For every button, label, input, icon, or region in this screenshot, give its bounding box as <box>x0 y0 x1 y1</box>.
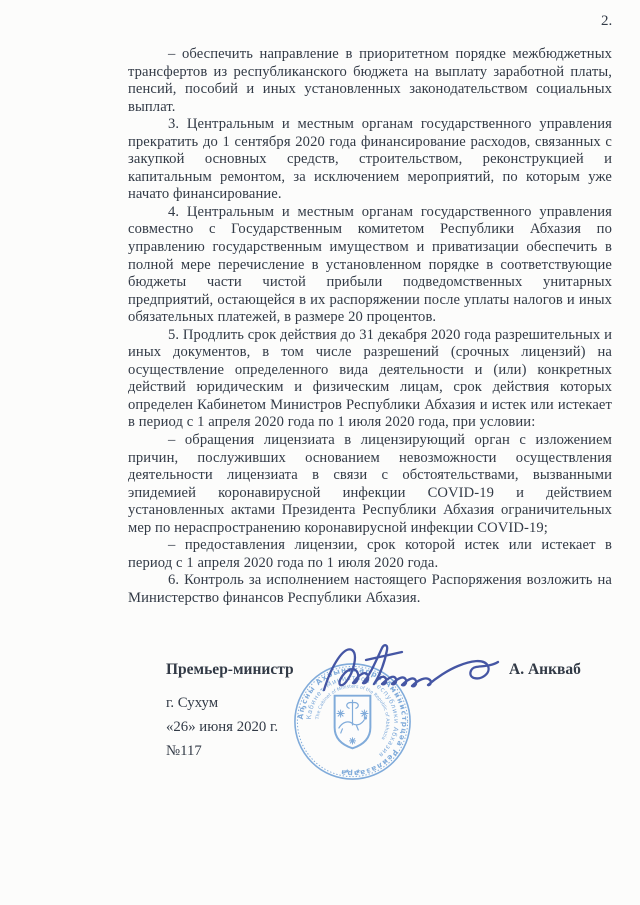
page-number: 2. <box>601 13 612 30</box>
document-body: – обеспечить направление в приоритетном … <box>128 46 612 608</box>
paragraph-5-sub-1: – обращения лицензиата в лицензирующий о… <box>128 432 612 537</box>
paragraph-6: 6. Контроль за исполнением настоящего Ра… <box>128 572 612 607</box>
signer-name: А. Анкваб <box>509 661 581 679</box>
document-number: №117 <box>166 743 202 760</box>
signer-title: Премьер-министр <box>166 661 294 679</box>
shield-star-icon <box>349 737 356 744</box>
paragraph-4: 4. Центральным и местным органам государ… <box>128 204 612 327</box>
paragraph-3: 3. Центральным и местным органам государ… <box>128 116 612 204</box>
document-page: 2. – обеспечить направление в приоритетн… <box>0 0 640 905</box>
seal-star-icon: ★ <box>345 768 350 775</box>
signature-city: г. Сухум <box>166 695 218 712</box>
seal-star-icon: ★ <box>355 768 360 775</box>
paragraph-transfers: – обеспечить направление в приоритетном … <box>128 46 612 116</box>
handwritten-signature <box>318 636 510 708</box>
paragraph-5: 5. Продлить срок действия до 31 декабря … <box>128 327 612 432</box>
signature-date: «26» июня 2020 г. <box>166 719 278 736</box>
paragraph-5-sub-2: – предоставления лицензии, срок которой … <box>128 537 612 572</box>
